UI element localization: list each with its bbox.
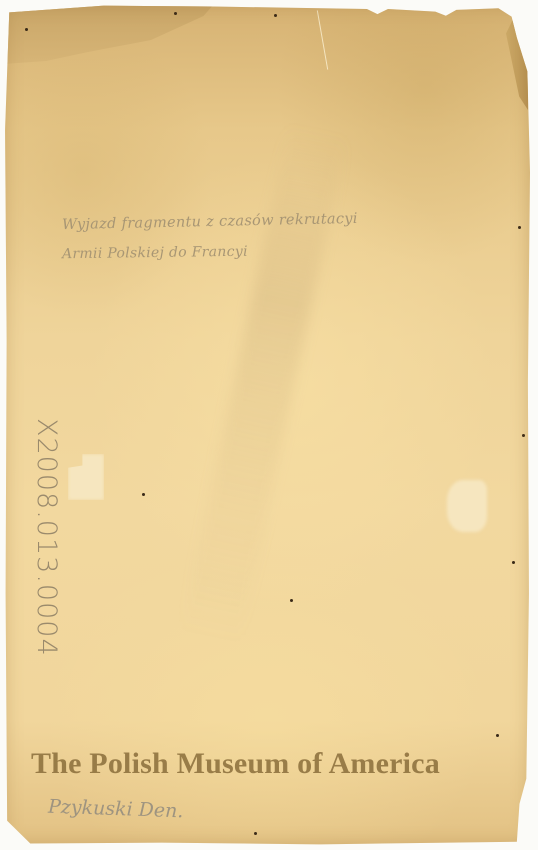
pin-hole (254, 832, 257, 835)
torn-paper-layer (4, 4, 214, 64)
museum-watermark: The Polish Museum of America (31, 747, 440, 781)
adhesive-residue-left (68, 454, 104, 500)
pin-hole (290, 599, 293, 602)
pin-hole (25, 28, 28, 31)
crease (317, 10, 328, 69)
pencil-signature: Pzykuski Den. (48, 796, 184, 823)
card-back (4, 4, 530, 846)
adhesive-residue-right (447, 480, 487, 532)
pin-hole (274, 14, 277, 17)
pin-hole (518, 226, 521, 229)
pin-hole (522, 434, 525, 437)
damaged-corner (506, 20, 528, 110)
stain-streak (181, 123, 348, 644)
pin-hole (512, 561, 515, 564)
pin-hole (174, 12, 177, 15)
pin-hole (142, 493, 145, 496)
accession-number: X2008.013.0004 (22, 418, 62, 648)
pin-hole (496, 734, 499, 737)
pencil-note-line-2: Armii Polskiej do Francyi (62, 244, 248, 263)
scanned-card-image: Wyjazd fragmentu z czasów rekrutacyi Arm… (0, 0, 538, 850)
